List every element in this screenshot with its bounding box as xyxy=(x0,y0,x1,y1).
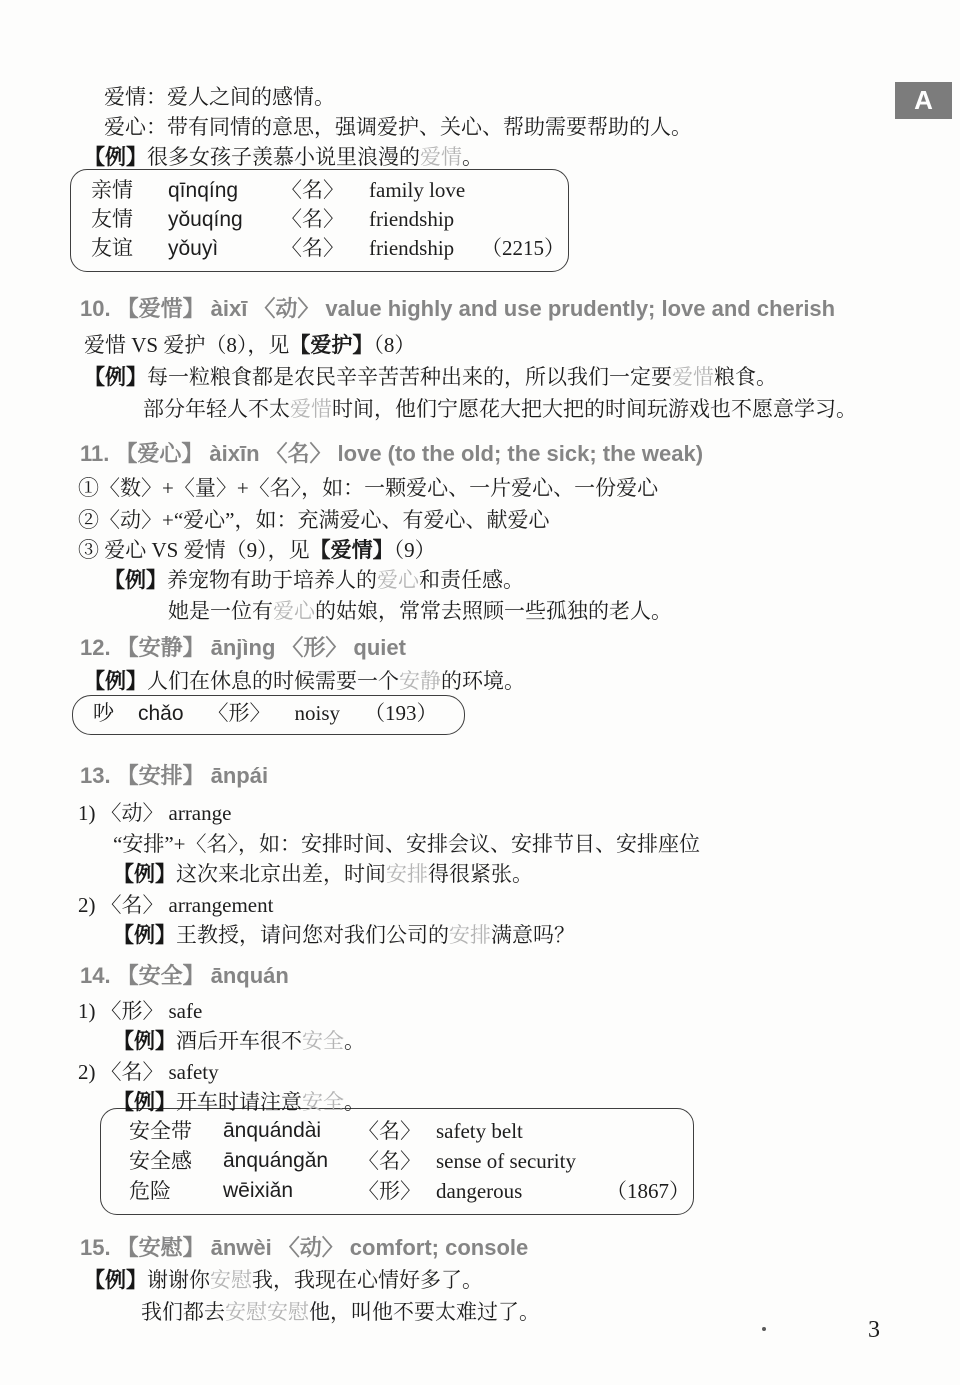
vocab-english: safety belt xyxy=(436,1116,606,1146)
practice-word: 安全 xyxy=(302,1029,344,1053)
vocab-hanzi: 安全带 xyxy=(129,1116,223,1146)
entry-headword: 【安排】 xyxy=(117,763,205,788)
entry-pos: 〈名〉 xyxy=(266,441,332,466)
usage-line-3: ③ 爱心 VS 爱情（9），见【爱情】（9） xyxy=(78,535,960,565)
vocab-hanzi: 危险 xyxy=(129,1176,223,1206)
cross-reference: 【爱护】 xyxy=(289,333,373,357)
synonym-box-qinqing: 亲情qīnqíng〈名〉family love 友情yǒuqíng〈名〉frie… xyxy=(70,169,569,272)
pattern-line: “安排”+〈名〉，如：安排时间、安排会议、安排节目、安排座位 xyxy=(113,829,960,859)
vocab-pos: 〈名〉 xyxy=(281,234,369,263)
vocab-ref: （2215） xyxy=(481,234,568,263)
example-line: 【例】每一粒粮食都是农民辛辛苦苦种出来的，所以我们一定要爱惜粮食。 xyxy=(84,362,960,393)
vocab-pinyin: chǎo xyxy=(138,702,184,725)
vocab-row: 友情yǒuqíng〈名〉friendship xyxy=(71,205,568,234)
entry-12-heading: 12.【安静】ānjìng〈形〉quiet xyxy=(80,633,960,663)
entry-headword: 【爱惜】 xyxy=(117,296,205,321)
vocab-pos: 〈名〉 xyxy=(358,1146,436,1176)
example-marker: 【例】 xyxy=(84,146,147,169)
entry-10-heading: 10.【爱惜】àixī〈动〉value highly and use prude… xyxy=(80,294,960,324)
cross-reference: 【爱情】 xyxy=(310,538,394,562)
usage-line-2: ②〈动〉+“爱心”，如：充满爱心、有爱心、献爱心 xyxy=(78,505,960,535)
example-text: 她是一位有 xyxy=(168,599,273,623)
entry-pinyin: ānjìng xyxy=(211,635,276,660)
vocab-row: 安全感ānquángǎn〈名〉sense of security xyxy=(101,1146,693,1176)
entry-headword: 【安慰】 xyxy=(117,1235,205,1260)
vocab-english: sense of security xyxy=(436,1146,606,1176)
sense-line-1: 1)〈形〉safe xyxy=(78,996,960,1026)
sense-gloss: arrange xyxy=(169,801,232,825)
practice-word: 爱惜 xyxy=(290,397,332,421)
example-text: 。 xyxy=(344,1029,365,1053)
sense-pos: 〈形〉 xyxy=(101,999,164,1023)
vocab-pinyin: ānquángǎn xyxy=(223,1146,358,1176)
sense-pos: 〈名〉 xyxy=(101,893,164,917)
example-line: 【例】这次来北京出差，时间安排得很紧张。 xyxy=(113,859,960,890)
example-marker: 【例】 xyxy=(113,863,176,886)
example-line: 【例】人们在休息的时候需要一个安静的环境。 xyxy=(84,666,960,697)
example-text: 。 xyxy=(344,1090,365,1114)
practice-word: 安全 xyxy=(302,1090,344,1114)
entry-13-heading: 13.【安排】ānpái xyxy=(80,761,960,791)
example-text: 这次来北京出差，时间 xyxy=(176,862,386,886)
vocab-pos: 〈名〉 xyxy=(358,1116,436,1146)
vocab-pinyin: ānquándài xyxy=(223,1116,358,1146)
vocab-ref xyxy=(481,205,568,234)
vocab-pinyin: qīnqíng xyxy=(168,176,281,205)
intro-block: 爱情：爱人之间的感情。 爱心：带有同情的意思，强调爱护、关心、帮助需要帮助的人。… xyxy=(0,82,960,173)
entry-pinyin: ānwèi xyxy=(211,1235,272,1260)
practice-word: 安慰安慰 xyxy=(225,1300,309,1324)
example-line: 【例】酒后开车很不安全。 xyxy=(113,1026,960,1057)
vocab-english: noisy xyxy=(295,701,341,725)
sense-number: 1) xyxy=(78,801,96,825)
example-text: 我们都去 xyxy=(141,1300,225,1324)
vocab-ref xyxy=(606,1146,693,1176)
vs-line: 爱惜 VS 爱护（8），见【爱护】（8） xyxy=(84,330,960,360)
page-number: 3 xyxy=(868,1315,880,1345)
entry-number: 15. xyxy=(80,1235,111,1260)
entry-gloss: comfort; console xyxy=(350,1235,528,1260)
dictionary-page: A 爱情：爱人之间的感情。 爱心：带有同情的意思，强调爱护、关心、帮助需要帮助的… xyxy=(0,0,960,1385)
example-text: 他，叫他不要太难过了。 xyxy=(309,1300,540,1324)
example-text: 很多女孩子羡慕小说里浪漫的 xyxy=(147,145,420,169)
vocab-hanzi: 安全感 xyxy=(129,1146,223,1176)
example-text: 谢谢你 xyxy=(147,1268,210,1292)
vocab-english: friendship xyxy=(369,205,481,234)
vocab-pinyin: yǒuqíng xyxy=(168,205,281,234)
vocab-pos: 〈形〉 xyxy=(208,701,271,725)
sense-number: 2) xyxy=(78,1060,96,1084)
usage-line-1: ①〈数〉+〈量〉+〈名〉，如：一颗爱心、一片爱心、一份爱心 xyxy=(78,473,960,503)
entry-10-aixi: 10.【爱惜】àixī〈动〉value highly and use prude… xyxy=(0,294,960,424)
vs-text: ③ 爱心 VS 爱情（9），见 xyxy=(78,538,310,562)
practice-word: 安静 xyxy=(399,669,441,693)
vocab-pos: 〈名〉 xyxy=(281,176,369,205)
example-line: 【例】养宠物有助于培养人的爱心和责任感。 xyxy=(104,565,960,596)
example-line: 【例】谢谢你安慰我，我现在心情好多了。 xyxy=(84,1265,960,1296)
entry-14-anquan: 14.【安全】ānquán 1)〈形〉safe 【例】酒后开车很不安全。 2)〈… xyxy=(0,961,960,1215)
entry-14-heading: 14.【安全】ānquán xyxy=(80,961,960,991)
vocab-hanzi: 友谊 xyxy=(91,234,168,263)
example-text: 养宠物有助于培养人的 xyxy=(167,568,377,592)
entry-pinyin: àixī xyxy=(211,296,248,321)
vs-text: 爱惜 VS 爱护（8），见 xyxy=(84,333,289,357)
entry-gloss: quiet xyxy=(353,635,406,660)
entry-gloss: love (to the old; the sick; the weak) xyxy=(338,441,704,466)
sense-line-2: 2)〈名〉safety xyxy=(78,1057,960,1087)
example-text: 每一粒粮食都是农民辛辛苦苦种出来的，所以我们一定要 xyxy=(147,365,672,389)
vocab-row: 亲情qīnqíng〈名〉family love xyxy=(71,176,568,205)
example-text: 和责任感。 xyxy=(419,568,524,592)
example-text: 王教授，请问您对我们公司的 xyxy=(176,923,449,947)
entry-15-anwei: 15.【安慰】ānwèi〈动〉comfort; console 【例】谢谢你安慰… xyxy=(0,1233,960,1327)
vocab-english: dangerous xyxy=(436,1176,606,1206)
vocab-pos: 〈名〉 xyxy=(281,205,369,234)
sense-pos: 〈名〉 xyxy=(101,1060,164,1084)
example-line: 【例】王教授，请问您对我们公司的安排满意吗？ xyxy=(113,920,960,951)
scan-artifact-dot xyxy=(762,1327,766,1331)
entry-12-anjing: 12.【安静】ānjìng〈形〉quiet 【例】人们在休息的时候需要一个安静的… xyxy=(0,633,960,735)
example-text: 粮食。 xyxy=(714,365,777,389)
synonym-box-anquan: 安全带ānquándài〈名〉safety belt 安全感ānquángǎn〈… xyxy=(100,1108,694,1215)
entry-headword: 【安静】 xyxy=(117,635,205,660)
entry-pos: 〈动〉 xyxy=(278,1235,344,1260)
sense-number: 2) xyxy=(78,893,96,917)
example-text: 得很紧张。 xyxy=(428,862,533,886)
example-marker: 【例】 xyxy=(113,924,176,947)
vs-text: （9） xyxy=(394,538,436,562)
vocab-ref: （193） xyxy=(364,701,438,725)
example-line: 部分年轻人不太爱惜时间，他们宁愿花大把大把的时间玩游戏也不愿意学习。 xyxy=(143,394,960,424)
definition-line-aixin: 爱心：带有同情的意思，强调爱护、关心、帮助需要帮助的人。 xyxy=(104,112,960,142)
entry-pinyin: àixīn xyxy=(209,441,259,466)
vocab-hanzi: 友情 xyxy=(91,205,168,234)
example-text: 开车时请注意 xyxy=(176,1090,302,1114)
example-text: 的姑娘，常常去照顾一些孤独的老人。 xyxy=(315,599,672,623)
entry-11-aixin: 11.【爱心】àixīn〈名〉love (to the old; the sic… xyxy=(0,439,960,626)
vocab-hanzi: 亲情 xyxy=(91,176,168,205)
sense-gloss: safe xyxy=(169,999,203,1023)
entry-pos: 〈形〉 xyxy=(281,635,347,660)
entry-number: 14. xyxy=(80,963,111,988)
practice-word: 安慰 xyxy=(210,1268,252,1292)
example-marker: 【例】 xyxy=(104,569,167,592)
example-line: 她是一位有爱心的姑娘，常常去照顾一些孤独的老人。 xyxy=(168,596,960,626)
practice-word: 安排 xyxy=(386,862,428,886)
sense-line-2: 2)〈名〉arrangement xyxy=(78,890,960,920)
example-text: 人们在休息的时候需要一个 xyxy=(147,669,399,693)
vs-text: （8） xyxy=(373,333,415,357)
entry-13-anpai: 13.【安排】ānpái 1)〈动〉arrange “安排”+〈名〉，如：安排时… xyxy=(0,761,960,951)
example-marker: 【例】 xyxy=(84,1269,147,1292)
entry-number: 10. xyxy=(80,296,111,321)
practice-word: 爱情 xyxy=(420,145,462,169)
vocab-pinyin: wēixiǎn xyxy=(223,1176,358,1206)
vocab-ref xyxy=(481,176,568,205)
example-marker: 【例】 xyxy=(84,670,147,693)
entry-headword: 【安全】 xyxy=(117,963,205,988)
practice-word: 爱惜 xyxy=(672,365,714,389)
vocab-row: 危险wēixiǎn〈形〉dangerous（1867） xyxy=(101,1176,693,1206)
sense-line-1: 1)〈动〉arrange xyxy=(78,798,960,828)
example-text: 的环境。 xyxy=(441,669,525,693)
example-text: 部分年轻人不太 xyxy=(143,397,290,421)
entry-11-heading: 11.【爱心】àixīn〈名〉love (to the old; the sic… xyxy=(80,439,960,469)
entry-number: 13. xyxy=(80,763,111,788)
entry-pinyin: ānquán xyxy=(211,963,289,988)
practice-word: 爱心 xyxy=(377,568,419,592)
entry-pos: 〈动〉 xyxy=(253,296,319,321)
practice-word: 爱心 xyxy=(273,599,315,623)
sense-pos: 〈动〉 xyxy=(101,801,164,825)
example-text: 。 xyxy=(462,145,483,169)
entry-pinyin: ānpái xyxy=(211,763,268,788)
vocab-english: friendship xyxy=(369,234,481,263)
example-marker: 【例】 xyxy=(113,1030,176,1053)
vocab-pos: 〈形〉 xyxy=(358,1176,436,1206)
entry-15-heading: 15.【安慰】ānwèi〈动〉comfort; console xyxy=(80,1233,960,1263)
entry-number: 12. xyxy=(80,635,111,660)
entry-headword: 【爱心】 xyxy=(115,441,203,466)
entry-gloss: value highly and use prudently; love and… xyxy=(325,296,835,321)
example-marker: 【例】 xyxy=(84,366,147,389)
vocab-row: 安全带ānquándài〈名〉safety belt xyxy=(101,1116,693,1146)
sense-number: 1) xyxy=(78,999,96,1023)
vocab-row: 友谊yǒuyì〈名〉friendship（2215） xyxy=(71,234,568,263)
example-text: 满意吗？ xyxy=(491,923,575,947)
example-text: 时间，他们宁愿花大把大把的时间玩游戏也不愿意学习。 xyxy=(332,397,857,421)
antonym-box-chao: 吵chǎo〈形〉noisy（193） xyxy=(72,695,465,735)
practice-word: 安排 xyxy=(449,923,491,947)
page-content: 爱情：爱人之间的感情。 爱心：带有同情的意思，强调爱护、关心、帮助需要帮助的人。… xyxy=(0,82,960,1327)
example-line: 我们都去安慰安慰他，叫他不要太难过了。 xyxy=(141,1297,960,1327)
example-text: 酒后开车很不 xyxy=(176,1029,302,1053)
vocab-hanzi: 吵 xyxy=(93,701,114,725)
example-marker: 【例】 xyxy=(113,1091,176,1114)
vocab-english: family love xyxy=(369,176,481,205)
sense-gloss: arrangement xyxy=(169,893,274,917)
sense-gloss: safety xyxy=(169,1060,219,1084)
entry-number: 11. xyxy=(80,441,109,466)
vocab-pinyin: yǒuyì xyxy=(168,234,281,263)
vocab-ref: （1867） xyxy=(606,1176,693,1206)
definition-line-aiqing: 爱情：爱人之间的感情。 xyxy=(104,82,960,112)
vocab-ref xyxy=(606,1116,693,1146)
example-text: 我，我现在心情好多了。 xyxy=(252,1268,483,1292)
